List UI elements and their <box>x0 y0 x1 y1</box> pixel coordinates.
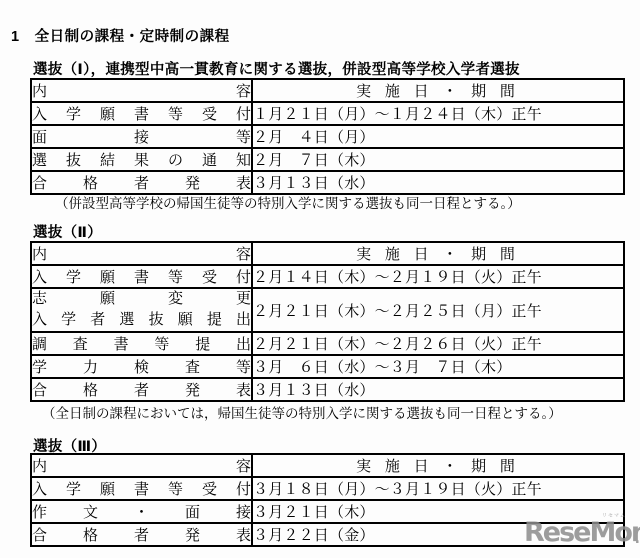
column-header-content: 内 容 <box>31 454 252 477</box>
row-schedule: ２月 ４日（月） <box>252 125 624 148</box>
table-header-row: 内 容 実 施 日 ・ 期 間 <box>31 242 624 265</box>
row-schedule: ３月１３日（水） <box>252 171 624 194</box>
table-row: 志 願 変 更 入 学 者 選 抜 願 提 出 ２月２１日（木）～２月２５日（月… <box>31 288 624 332</box>
row-schedule: ２月 ７日（木） <box>252 148 624 171</box>
table-row: 選 抜 結 果 の 通 知 ２月 ７日（木） <box>31 148 624 171</box>
section1-note: （併設型高等学校の帰国生徒等の特別入学に関する選抜も同一日程とする。） <box>55 192 521 212</box>
row-label: 合 格 者 発 表 <box>31 523 252 546</box>
row-schedule: １月２１日（月）～１月２４日（木）正午 <box>252 102 624 125</box>
row-schedule: ３月 ６日（水）～３月 ７日（木） <box>252 355 624 378</box>
row-schedule: ３月１３日（水） <box>252 378 624 401</box>
selection2-schedule-table: 内 容 実 施 日 ・ 期 間 入 学 願 書 等 受 付 ２月１４日（木）～２… <box>30 241 625 402</box>
row-label-line1: 志 願 変 更 <box>32 289 251 310</box>
column-header-schedule: 実 施 日 ・ 期 間 <box>252 79 624 102</box>
row-label: 作 文 ・ 面 接 <box>31 500 252 523</box>
row-label-line2: 入 学 者 選 抜 願 提 出 <box>32 310 251 331</box>
table-row: 合 格 者 発 表 ３月１３日（水） <box>31 171 624 194</box>
row-label: 選 抜 結 果 の 通 知 <box>31 148 252 171</box>
table-row: 入 学 願 書 等 受 付 ３月１８日（月）～３月１９日（火）正午 <box>31 477 624 500</box>
column-header-content: 内 容 <box>31 242 252 265</box>
column-header-content: 内 容 <box>31 79 252 102</box>
column-header-schedule: 実 施 日 ・ 期 間 <box>252 242 624 265</box>
row-label: 合 格 者 発 表 <box>31 378 252 401</box>
row-label: 学 力 検 査 等 <box>31 355 252 378</box>
row-label: 合 格 者 発 表 <box>31 171 252 194</box>
section2-note: （全日制の課程においては，帰国生徒等の特別入学に関する選抜も同一日程とする。） <box>42 402 562 422</box>
table-row: 合 格 者 発 表 ３月１３日（水） <box>31 378 624 401</box>
row-label: 入 学 願 書 等 受 付 <box>31 265 252 288</box>
row-schedule: ３月１８日（月）～３月１９日（火）正午 <box>252 477 624 500</box>
table-row: 面 接 等 ２月 ４日（月） <box>31 125 624 148</box>
table-row: 入 学 願 書 等 受 付 ２月１４日（木）～２月１９日（火）正午 <box>31 265 624 288</box>
row-label: 入 学 願 書 等 受 付 <box>31 102 252 125</box>
row-schedule: ２月２１日（木）～２月２５日（月）正午 <box>252 288 624 332</box>
table-header-row: 内 容 実 施 日 ・ 期 間 <box>31 454 624 477</box>
row-label: 志 願 変 更 入 学 者 選 抜 願 提 出 <box>31 288 252 332</box>
column-header-schedule: 実 施 日 ・ 期 間 <box>252 454 624 477</box>
table-row: 入 学 願 書 等 受 付 １月２１日（月）～１月２４日（木）正午 <box>31 102 624 125</box>
page-title: 1 全日制の課程・定時制の課程 <box>11 25 230 46</box>
row-schedule: ２月２１日（木）～２月２６日（火）正午 <box>252 332 624 355</box>
table-header-row: 内 容 実 施 日 ・ 期 間 <box>31 79 624 102</box>
resemom-logo-dot: . <box>635 531 640 547</box>
section2-title: 選抜（Ⅱ） <box>33 221 102 242</box>
row-label: 入 学 願 書 等 受 付 <box>31 477 252 500</box>
row-label: 面 接 等 <box>31 125 252 148</box>
table-row: 学 力 検 査 等 ３月 ６日（水）～３月 ７日（木） <box>31 355 624 378</box>
row-label: 調 査 書 等 提 出 <box>31 332 252 355</box>
resemom-logo-text: ReseMom <box>524 518 640 548</box>
resemom-logo: リセマム ReseMom . <box>520 509 640 551</box>
section1-title: 選抜（Ⅰ），連携型中高一貫教育に関する選抜，併設型高等学校入学者選抜 <box>33 58 520 79</box>
selection1-schedule-table: 内 容 実 施 日 ・ 期 間 入 学 願 書 等 受 付 １月２１日（月）～１… <box>30 78 625 195</box>
row-schedule: ２月１４日（木）～２月１９日（火）正午 <box>252 265 624 288</box>
table-row: 調 査 書 等 提 出 ２月２１日（木）～２月２６日（火）正午 <box>31 332 624 355</box>
